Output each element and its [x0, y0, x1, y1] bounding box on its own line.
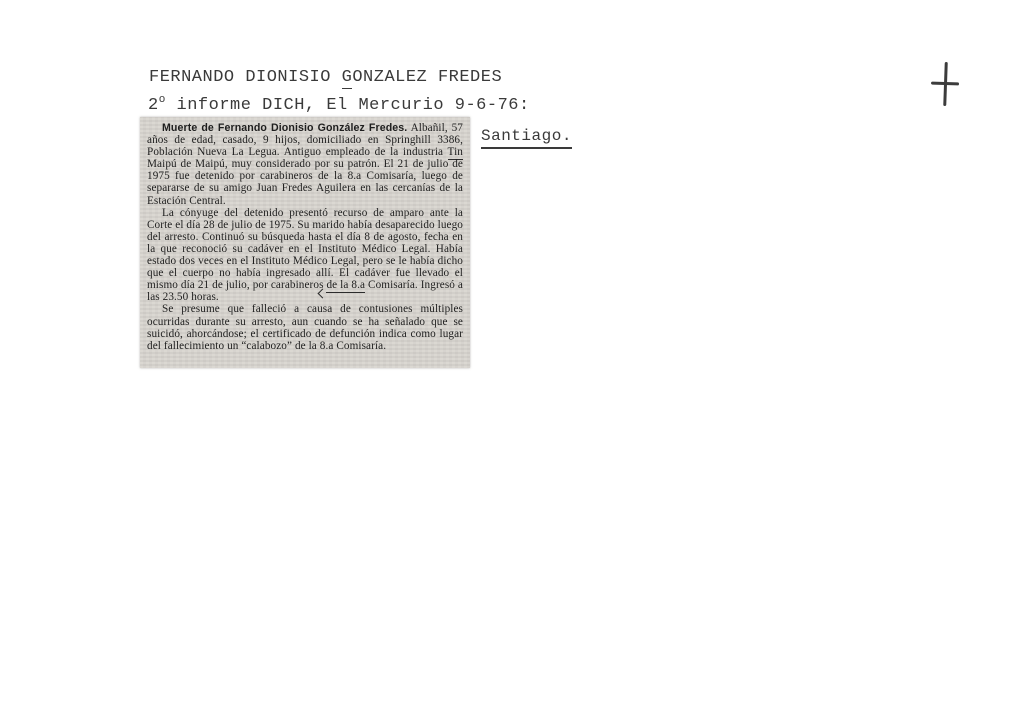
side-note-santiago: Santiago.	[481, 127, 572, 149]
clipping-paragraph-3: Se presume que falleció a causa de contu…	[147, 303, 463, 351]
pen-underline-arrow: de la 8.a	[326, 279, 365, 293]
clipping-paragraph-1: Muerte de Fernando Dionisio González Fre…	[147, 122, 463, 207]
document-subtitle: 2o informe DICH, El Mercurio 9-6-76:	[148, 94, 530, 115]
newspaper-clipping: Muerte de Fernando Dionisio González Fre…	[140, 117, 470, 368]
subtitle-ordinal: o	[159, 94, 166, 106]
scanned-page: FERNANDO DIONISIO GONZALEZ FREDES 2o inf…	[0, 0, 1012, 717]
clipping-lead-bold: Muerte de Fernando Dionisio González Fre…	[162, 122, 407, 134]
document-title: FERNANDO DIONISIO GONZALEZ FREDES	[149, 68, 502, 87]
title-text-after: ONZALEZ FREDES	[352, 68, 502, 87]
clipping-paragraph-2: La cónyuge del detenido presentó recurso…	[147, 207, 463, 304]
title-text-before: FERNANDO DIONISIO	[149, 68, 342, 87]
subtitle-text: informe DICH, El Mercurio 9-6-76:	[166, 96, 530, 115]
subtitle-number: 2	[148, 96, 159, 115]
title-underlined-letter: G	[342, 68, 353, 89]
registration-cross-icon	[930, 62, 960, 107]
paragraph1-text-b: Maipú de Maipú, muy considerado por su p…	[147, 158, 463, 206]
